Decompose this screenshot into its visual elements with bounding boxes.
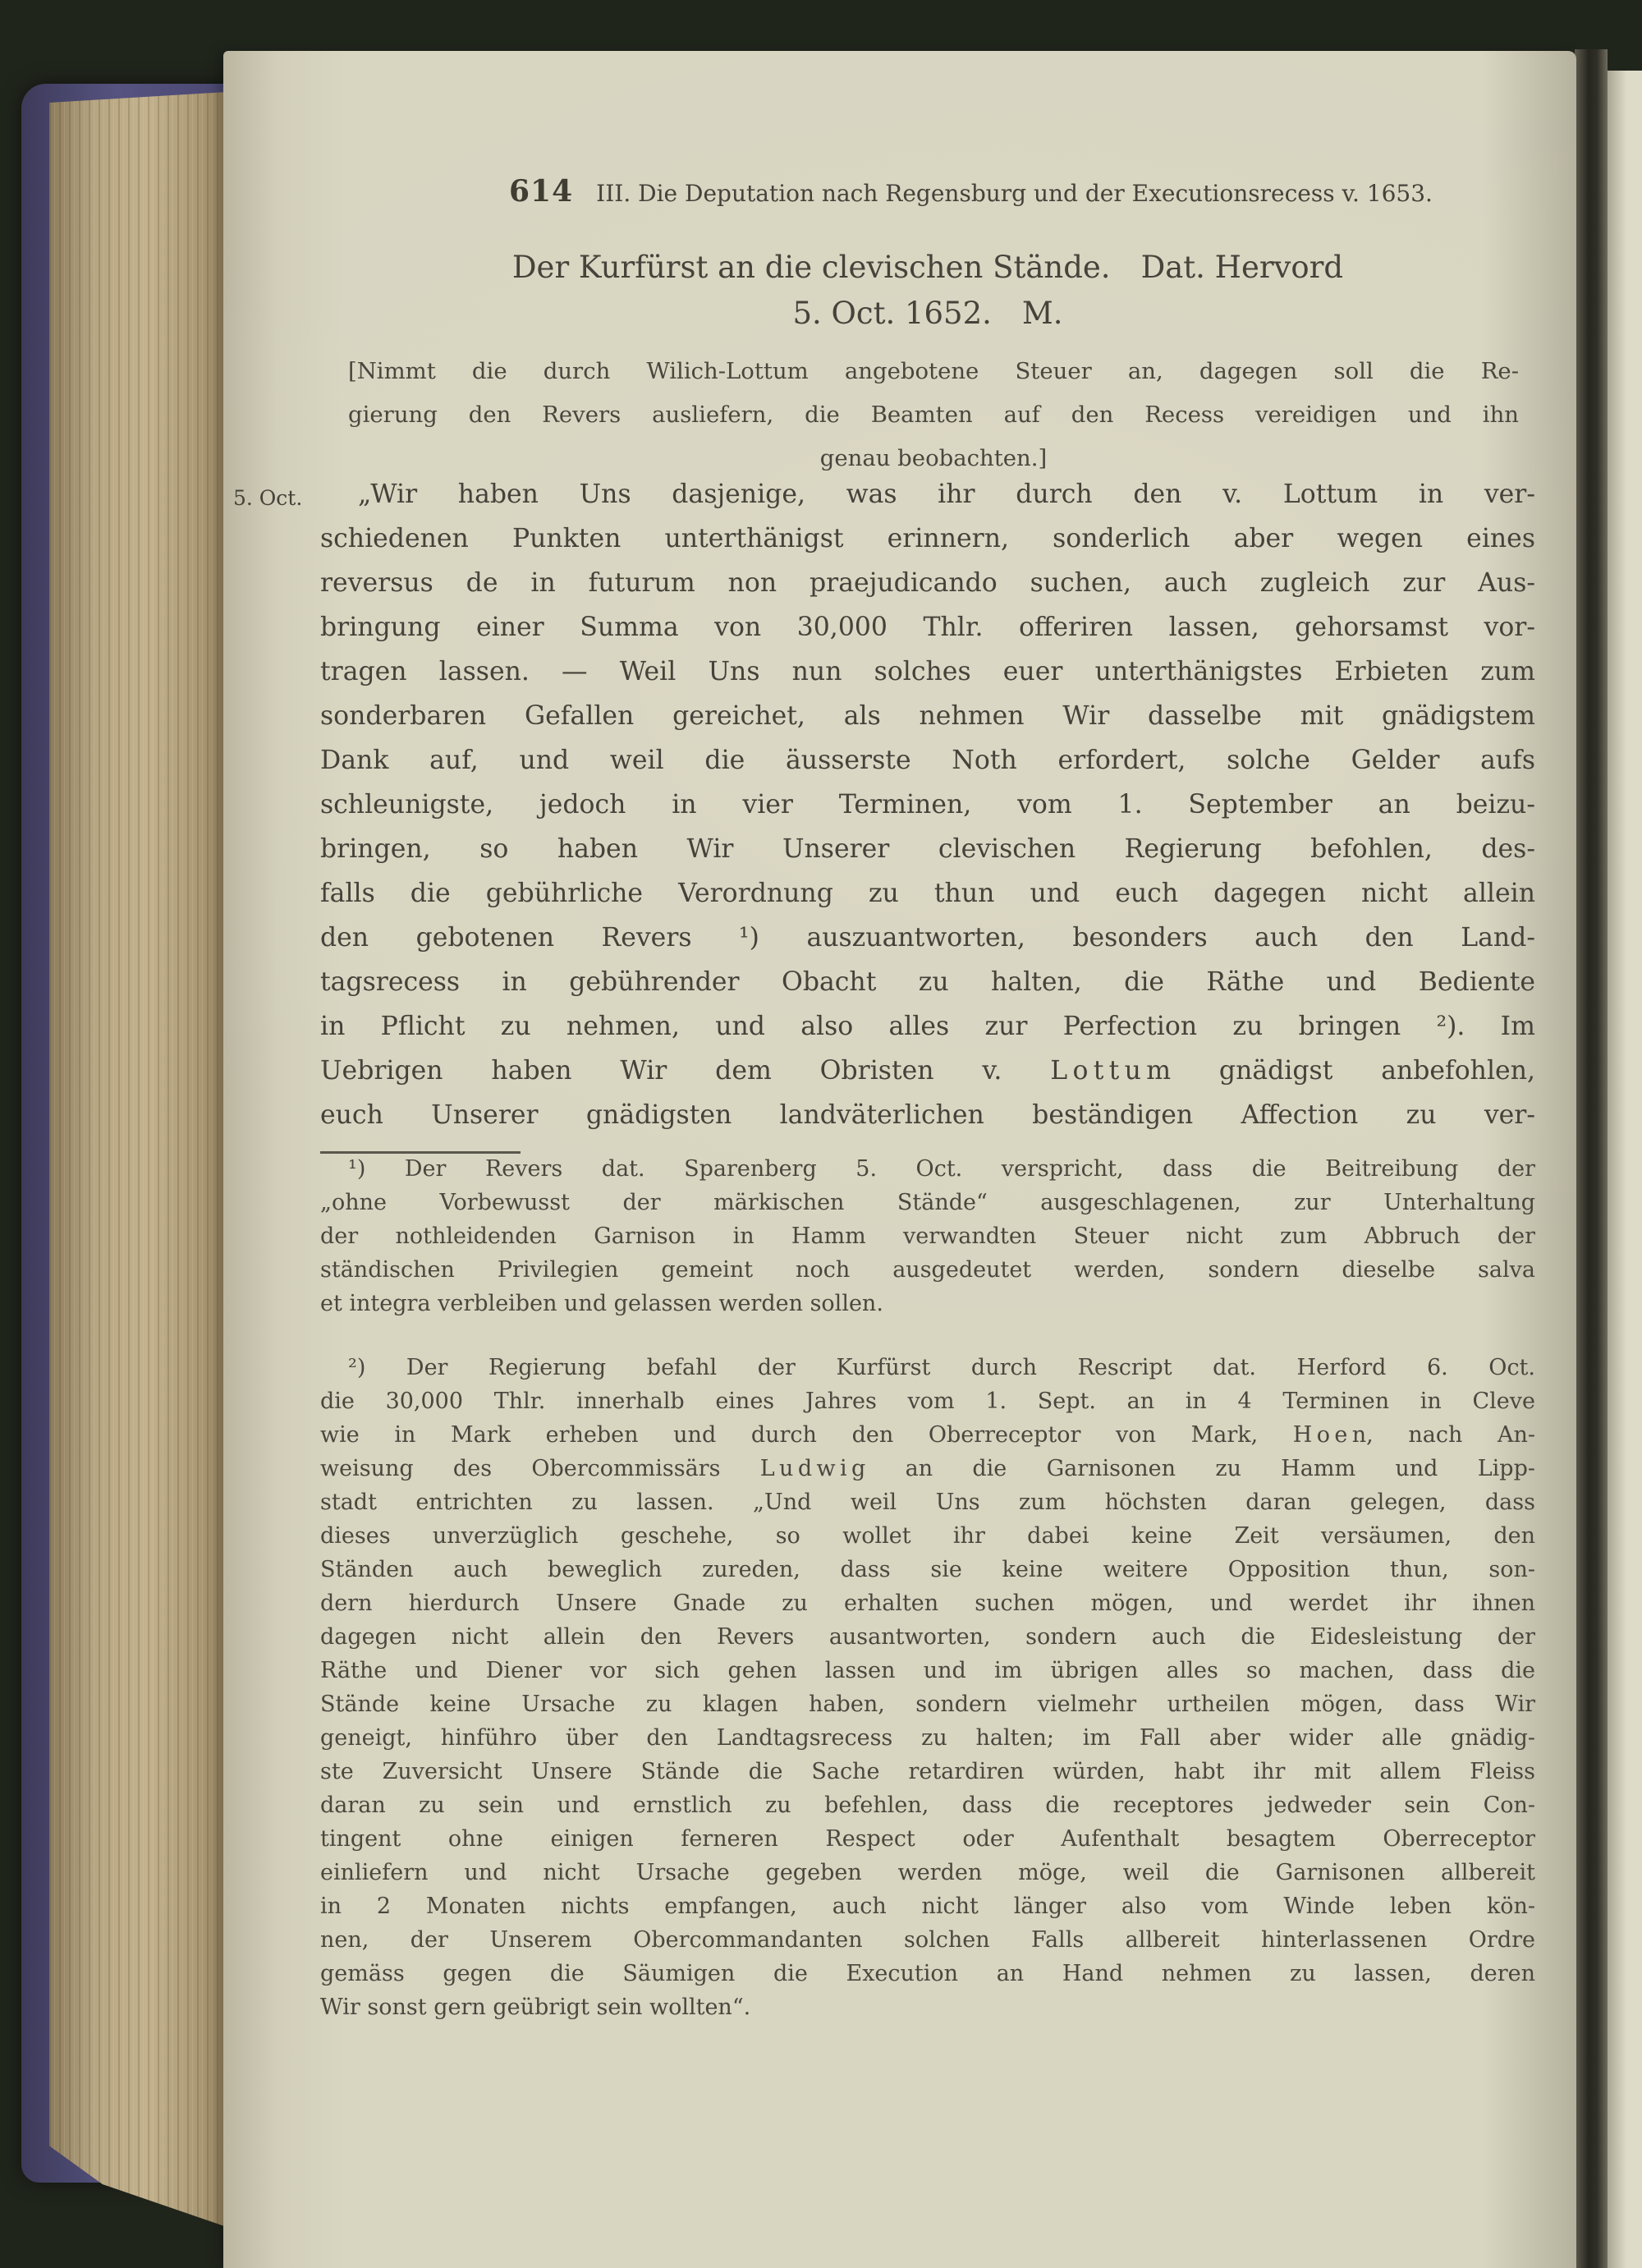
footnote-line: einliefern und nicht Ursache gegeben wer… <box>320 1860 1535 1894</box>
body-line: Uebrigen haben Wir dem Obristen v. L o t… <box>320 1056 1535 1100</box>
footnote-line: daran zu sein und ernstlich zu befehlen,… <box>320 1793 1535 1826</box>
footnote-line: geneigt, hinführo über den Landtagsreces… <box>320 1725 1535 1759</box>
footnote-line: ständischen Privilegien gemeint noch aus… <box>320 1257 1535 1291</box>
body-text: „Wir haben Uns dasjenige, was ihr durch … <box>320 480 1535 1145</box>
footnote-line: et integra verbleiben und gelassen werde… <box>320 1291 1535 1325</box>
footnote-2: ²) Der Regierung befahl der Kurfürst dur… <box>320 1355 1535 2028</box>
title-line: 5. Oct. 1652. M. <box>320 291 1535 337</box>
footnote-line: Wir sonst gern geübrigt sein wollten“. <box>320 1995 1535 2028</box>
footnote-line: die 30,000 Thlr. innerhalb eines Jahres … <box>320 1389 1535 1422</box>
body-line: bringung einer Summa von 30,000 Thlr. of… <box>320 613 1535 657</box>
running-head: 614 III. Die Deputation nach Regensburg … <box>509 174 1433 209</box>
page-number: 614 <box>509 174 573 209</box>
body-line: sonderbaren Gefallen gereichet, als nehm… <box>320 701 1535 746</box>
page-edge-stack <box>49 92 227 2227</box>
body-line: euch Unserer gnädigsten landväterlichen … <box>320 1100 1535 1145</box>
body-line: in Pflicht zu nehmen, und also alles zur… <box>320 1012 1535 1056</box>
footnote-line: tingent ohne einigen ferneren Respect od… <box>320 1826 1535 1860</box>
body-line: bringen, so haben Wir Unserer clevischen… <box>320 834 1535 879</box>
body-line: „Wir haben Uns dasjenige, was ihr durch … <box>320 480 1535 524</box>
document-title: Der Kurfürst an die clevischen Stände. D… <box>320 245 1535 337</box>
summary-abstract: [Nimmt die durch Wilich-Lottum angeboten… <box>348 358 1519 489</box>
body-line: den gebotenen Revers ¹) auszuantworten, … <box>320 923 1535 967</box>
body-line: falls die gebührliche Verordnung zu thun… <box>320 879 1535 923</box>
margin-date-note: 5. Oct. <box>233 486 302 510</box>
footnote-line: dagegen nicht allein den Revers ausantwo… <box>320 1624 1535 1658</box>
footnote-line: ste Zuversicht Unsere Stände die Sache r… <box>320 1759 1535 1793</box>
title-line: Der Kurfürst an die clevischen Stände. D… <box>320 245 1535 291</box>
body-line: tragen lassen. — Weil Uns nun solches eu… <box>320 657 1535 701</box>
body-line: tagsrecess in gebührender Obacht zu halt… <box>320 967 1535 1012</box>
footnote-line: der nothleidenden Garnison in Hamm verwa… <box>320 1224 1535 1257</box>
footnote-1: ¹) Der Revers dat. Sparenberg 5. Oct. ve… <box>320 1156 1535 1325</box>
book-scan-scene: 614 III. Die Deputation nach Regensburg … <box>0 0 1642 2268</box>
summary-line: gierung den Revers ausliefern, die Beamt… <box>348 402 1519 445</box>
footnote-line: Stände keine Ursache zu klagen haben, so… <box>320 1692 1535 1725</box>
footnote-line: gemäss gegen die Säumigen die Execution … <box>320 1961 1535 1995</box>
footnote-separator-rule <box>320 1151 521 1154</box>
next-page-sliver <box>1608 71 1642 2268</box>
footnote-line: wie in Mark erheben und durch den Oberre… <box>320 1422 1535 1456</box>
summary-line: [Nimmt die durch Wilich-Lottum angeboten… <box>348 358 1519 402</box>
gutter-shadow <box>1575 49 1608 2268</box>
footnote-line: „ohne Vorbewusst der märkischen Stände“ … <box>320 1190 1535 1224</box>
body-line: Dank auf, und weil die äusserste Noth er… <box>320 746 1535 790</box>
body-line: reversus de in futurum non praejudicando… <box>320 568 1535 613</box>
footnote-line: Räthe und Diener vor sich gehen lassen u… <box>320 1658 1535 1692</box>
footnote-line: stadt entrichten zu lassen. „Und weil Un… <box>320 1490 1535 1523</box>
body-line: schleunigste, jedoch in vier Terminen, v… <box>320 790 1535 834</box>
footnote-line: dern hierdurch Unsere Gnade zu erhalten … <box>320 1591 1535 1624</box>
book-page: 614 III. Die Deputation nach Regensburg … <box>223 51 1576 2268</box>
footnote-line: weisung des Obercommissärs L u d w i g a… <box>320 1456 1535 1490</box>
footnote-line: dieses unverzüglich geschehe, so wollet … <box>320 1523 1535 1557</box>
footnote-line: nen, der Unserem Obercommandanten solche… <box>320 1927 1535 1961</box>
running-header: III. Die Deputation nach Regensburg und … <box>596 180 1433 207</box>
footnote-line: Ständen auch beweglich zureden, dass sie… <box>320 1557 1535 1591</box>
body-line: schiedenen Punkten unterthänigst erinner… <box>320 524 1535 568</box>
footnote-line: ¹) Der Revers dat. Sparenberg 5. Oct. ve… <box>320 1156 1535 1190</box>
footnote-line: ²) Der Regierung befahl der Kurfürst dur… <box>320 1355 1535 1389</box>
footnote-line: in 2 Monaten nichts empfangen, auch nich… <box>320 1894 1535 1927</box>
